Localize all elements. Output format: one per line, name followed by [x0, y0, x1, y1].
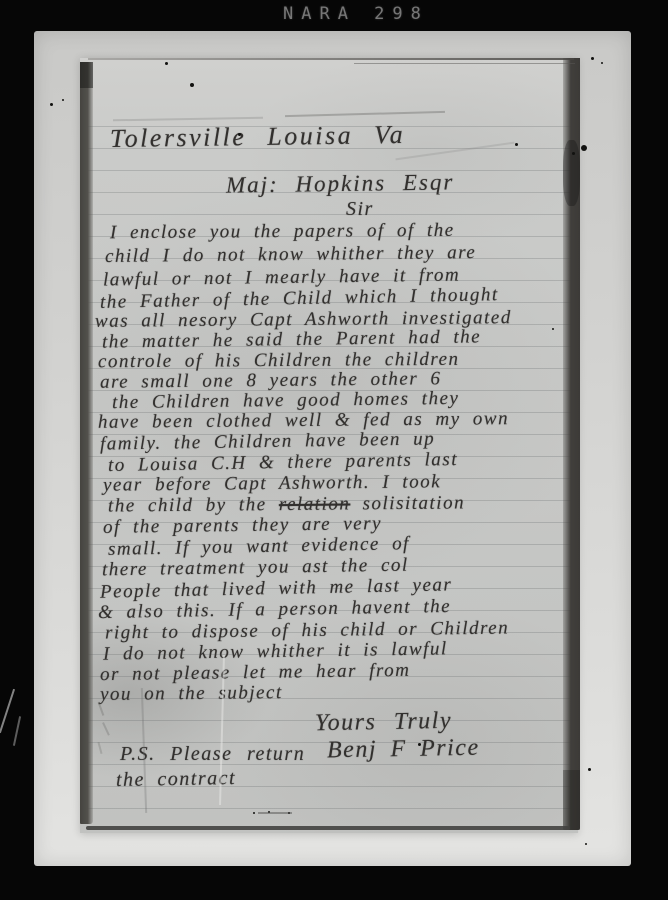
dust-speck-17 [585, 843, 587, 845]
dust-speck-13 [601, 62, 603, 64]
handwritten-line-23: you on the subject [100, 683, 283, 704]
dust-speck-16 [588, 768, 591, 771]
dust-speck-3 [238, 133, 241, 136]
handwritten-line-10: have been clothed well & fed as my own [98, 409, 509, 432]
handwritten-line-20: right to dispose of his child or Childre… [105, 619, 509, 643]
paper-top-edge-shadow [354, 63, 575, 64]
letter-place-line: Tolersville Louisa Va [110, 122, 405, 152]
dust-speck-12 [591, 57, 594, 60]
handwritten-line-22: or not please let me hear from [100, 661, 411, 684]
scanned-letter-photo: { "frame": { "nara_label": "NARA 298" },… [0, 0, 668, 900]
struck-word: relation [279, 493, 351, 515]
binding-strip-right [563, 58, 580, 830]
letter-postscript-line2: the contract [116, 768, 236, 790]
dust-speck-14 [581, 145, 587, 151]
scratch-mark-4 [13, 716, 21, 746]
dust-speck-7 [253, 812, 255, 814]
dust-speck-1 [190, 83, 194, 87]
dust-speck-10 [50, 103, 53, 106]
scratch-mark-3 [0, 689, 15, 733]
dust-speck-15 [572, 152, 575, 155]
handwritten-line-2: child I do not know whither they are [105, 243, 476, 266]
letter-signature: Benj F Price [327, 736, 480, 763]
letter-salutation: Sir [346, 199, 374, 219]
dust-speck-4 [515, 143, 518, 146]
handwritten-line-1: I enclose you the papers of of the [110, 221, 455, 242]
letter-postscript-line1: P.S. Please return [120, 744, 305, 764]
letter-addressee-line: Maj: Hopkins Esqr [226, 170, 455, 196]
paper-bottom-edge [86, 826, 570, 830]
scratch-mark-11 [258, 812, 292, 814]
dust-speck-2 [165, 62, 168, 65]
dust-speck-5 [552, 328, 554, 330]
dust-speck-11 [62, 99, 64, 101]
binding-strip-left [80, 62, 93, 824]
dust-speck-6 [418, 743, 421, 746]
nara-archive-stamp: NARA 298 [283, 4, 429, 24]
paper-top-edge [88, 58, 574, 60]
letter-closing: Yours Truly [315, 709, 452, 735]
handwritten-line-14: the child by the relation solisitation [108, 493, 465, 515]
handwritten-line-13: year before Capt Ashworth. I took [103, 472, 441, 495]
